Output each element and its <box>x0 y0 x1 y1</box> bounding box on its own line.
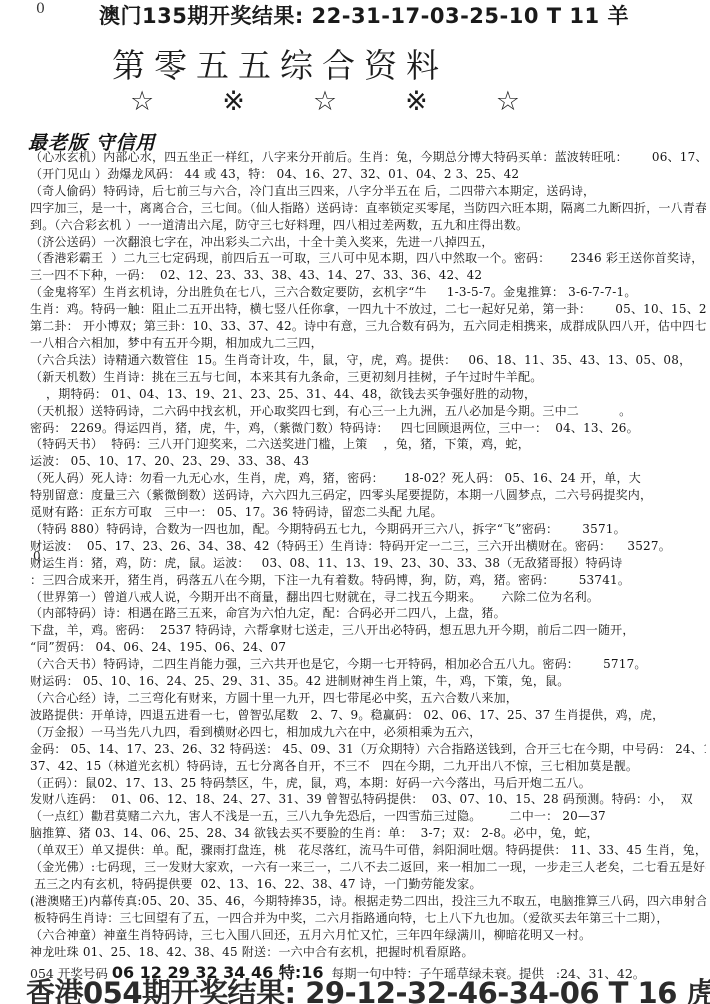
body-line: （心水玄机）内部心水，四五坐正一样红，八字来分开前后。生肖：兔，今期总分博大特码… <box>30 149 706 166</box>
body-line: （新天机数）生肖诗：挑在三五与七间，本来其有九条命，三更初刻月挂树，子午过时牛羊… <box>30 369 706 386</box>
body-line: 一八相合六相加，梦中有五开今期，相加成九二三四， <box>30 335 706 352</box>
body-line: “同”贺码： 04、06、24、195、06、24、07 <box>30 639 706 656</box>
body-line: （奇人偷码）特码诗，后七前三与六合，冷门直出三四来，八字分半五在 后，二四带六本… <box>30 183 706 200</box>
star-icon: ☆ <box>313 86 337 117</box>
star-icon: ☆ <box>496 86 520 117</box>
body-line: 五三之内有玄机，特码提供要 02、13、16、22、38、47 诗，一门勤劳能发… <box>30 876 706 893</box>
body-line: （六合兵法）诗精通六数管住 15。生肖奇计攻，牛，鼠，守，虎，鸡。提供： 06、… <box>30 352 706 369</box>
body-line: 财运波： 05、17、23、26、34、38、42（特码王）生肖诗：特码开定一二… <box>30 538 706 555</box>
body-line: （开门见山 ）劲爆龙风码： 44 或 43，特： 04、16、27、32、01、… <box>30 166 706 183</box>
decorative-symbols-row: ☆ ※ ☆ ※ ☆ <box>130 86 520 117</box>
body-line: 到。（六合彩玄机 ）一一道清出六尾，防守三七好料理，四八相过差两数，五九和庄得出… <box>30 217 706 234</box>
body-line: （六合天书）特码诗，二四生肖能力强，三六共开也是它，今期一七开特码，相加必合五八… <box>30 656 706 673</box>
body-line: 波路提供：开单诗，四退五进看一七，曾智弘尾数 2、7、9。稳赢码： 02、06、… <box>30 707 706 724</box>
reference-mark-icon: ※ <box>222 86 245 117</box>
body-line: (港澳赌王)内幕传真:05、20、35、46，今期特捧35，诗。根据走势二四出，… <box>30 893 706 910</box>
body-line: （香港彩霸王 ）二九三七定码现，前四后五一可取，三八可中见本期，四八中然取一个。… <box>30 250 706 267</box>
body-line: 三一四不下种，一码： 02、12、23、33、38、43、14、27、33、36… <box>30 267 706 284</box>
body-line: 发财八连码： 01、06、12、18、24、27、31、39 曾智弘特码提供： … <box>30 791 706 808</box>
body-line: （世界第一）曾道八戒人说，今期开出不商量，翻出四七财就在，寻二找五今期来。 六除… <box>30 589 706 606</box>
body-line: 财运生肖：猪，鸡，防：虎，鼠。运波： 03、08、11、13、19、23、30、… <box>30 555 706 572</box>
body-line: （金光佛）:七码现，三一发财大家欢，一六有一来三一，二八不去二返回，来一相加二一… <box>30 859 706 876</box>
macau-result-header: 澳门135期开奖结果: 22-31-17-03-25-10 T 11 羊 <box>99 0 629 30</box>
body-line: （特码天书） 特码：三八开门迎奖来，二六送奖进门槛，上策 ，兔，猪，下策，鸡，蛇… <box>30 436 706 453</box>
body-line: （特码 880）特码诗，合数为一四也加，配。今期特码五七九，今期码开三六八，拆字… <box>30 521 706 538</box>
body-line: ：三四合成来开，猪生肖，码落五八在今期，下注一九有着数。特码博，狗，防，鸡，猪。… <box>30 572 706 589</box>
star-icon: ☆ <box>130 86 154 117</box>
body-line: 37、42、15（林道光玄机）特码诗，五七分离各自开，不三不 四在今期，二九开出… <box>30 758 706 775</box>
body-line: 财运码： 05、10、16、24、25、29、31、35。42 进制财神生肖上策… <box>30 673 706 690</box>
stray-zero-top: 0 <box>36 1 45 17</box>
body-line: （万金报）一马当先八九四，看到横财必四七，相加成九六在中，必须相乘为五六， <box>30 724 706 741</box>
hk-result-footer: 香港054期开奖结果: 29-12-32-46-34-06 T 16 虎. <box>26 971 710 1004</box>
body-line: （一点红）勸君莫赌二六九，害人不浅是一五，三八九争先恐后，一四雪茄三过隐。 二中… <box>30 808 706 825</box>
page-root: { "page": { "stray_zero_top": "0", "stra… <box>0 0 710 1004</box>
reference-mark-icon: ※ <box>405 86 428 117</box>
body-lines: （心水玄机）内部心水，四五坐正一样红，八字来分开前后。生肖：兔，今期总分博大特码… <box>30 149 706 961</box>
body-line: （死人码）死人诗：勿看一九无心水，生肖，虎，鸡，猪，密码： 18-02？死人码：… <box>30 470 706 487</box>
body-line: （正码）：鼠02、17、13、25 特码禁区，牛，虎，鼠，鸡，本期：好码一六今落… <box>30 775 706 792</box>
body-line: 脑推算、猪 03、14、06、25、28、34 欲钱去买不要脸的生肖：单： 3-… <box>30 825 706 842</box>
body-line: 第二卦： 开小博双；第三卦：10、33、37、42。诗中有意，三九合数有码为，五… <box>30 318 706 335</box>
body-line: （六合神童）神童生肖特码诗，三七入围八回还，五月六月忙又忙，三年四年绿满川，柳暗… <box>30 927 706 944</box>
body-line: 密码： 2269。得运四肖，猪，虎，牛，鸡，（紫微门数）特码诗： 四七回顾退两位… <box>30 420 706 437</box>
body-line: （六合心经）诗，二三弯化有财来，方圆十里一九开，四七带尾必中奖，五六合数八来加， <box>30 690 706 707</box>
body-line: ，期特码： 01、04、13、19、21、23、25、31、44、48，欲钱去买… <box>30 386 706 403</box>
body-line: 特别留意：度量三六（紫微倒数）送码诗，六六四九三码定，四零头尾要提防，本期一八圆… <box>30 487 706 504</box>
body-line: 运波： 05、10、17、20、23、29、33、38、43 <box>30 453 706 470</box>
stray-zero-mid: 0 <box>33 549 41 563</box>
body-line: 觅财有路：正东方可取 三中一： 05、17。36 特码诗，留恋二头配 九尾。 <box>30 504 706 521</box>
body-line: 金码： 05、14、17、23、26、32 特码送： 45、09、31（万众期特… <box>30 741 706 758</box>
body-line: （单双王）单又提供：单。配，骤雨打盘连，桃 花尽落红，流马牛可借，斜阳洞吐烟。特… <box>30 842 706 859</box>
body-line: （天机报）送特码诗，二六码中找玄机，开心取奖四七到，有心三一上九洲，五八必加是今… <box>30 403 706 420</box>
issue-title: 第零五五综合资料 <box>112 40 448 87</box>
body-line: 下盘，羊，鸡。密码： 2537 特码诗，六帮拿财七送走，三八开出必特码，想五思九… <box>30 622 706 639</box>
body-line: （金鬼将军）生肖玄机诗，分出胜负在七八，三六合数定要防，玄机字“牛 1-3-5-… <box>30 284 706 301</box>
body-line: 四字加三，是一十，离离合合，三七间。（仙人指路）送码诗：直率锁定买零尾，当防四六… <box>30 200 706 217</box>
body-line: （济公送码）一次翻浪七字在，冲出彩头二六出，十全十美入奖来，先进一八掉四五， <box>30 234 706 251</box>
body-line: 神龙吐珠 01、25、18、42、38、45 附送：一六中合有玄机，把握时机看原… <box>30 944 706 961</box>
body-line: （内部特码）诗：相遇在路三五来，命宫为六怕九定，配：合码必开二四八，上盘，猪。 <box>30 605 706 622</box>
body-line: 板特码生肖诗：三七回望有了五，一四合并为中奖，二六月指路通向特，七上八下九也加。… <box>30 910 706 927</box>
body-line: 生肖：鸡。特码一触：阻止二五开出特，横七竖八任你拿，一四九十不放过，二七一起好兄… <box>30 301 706 318</box>
